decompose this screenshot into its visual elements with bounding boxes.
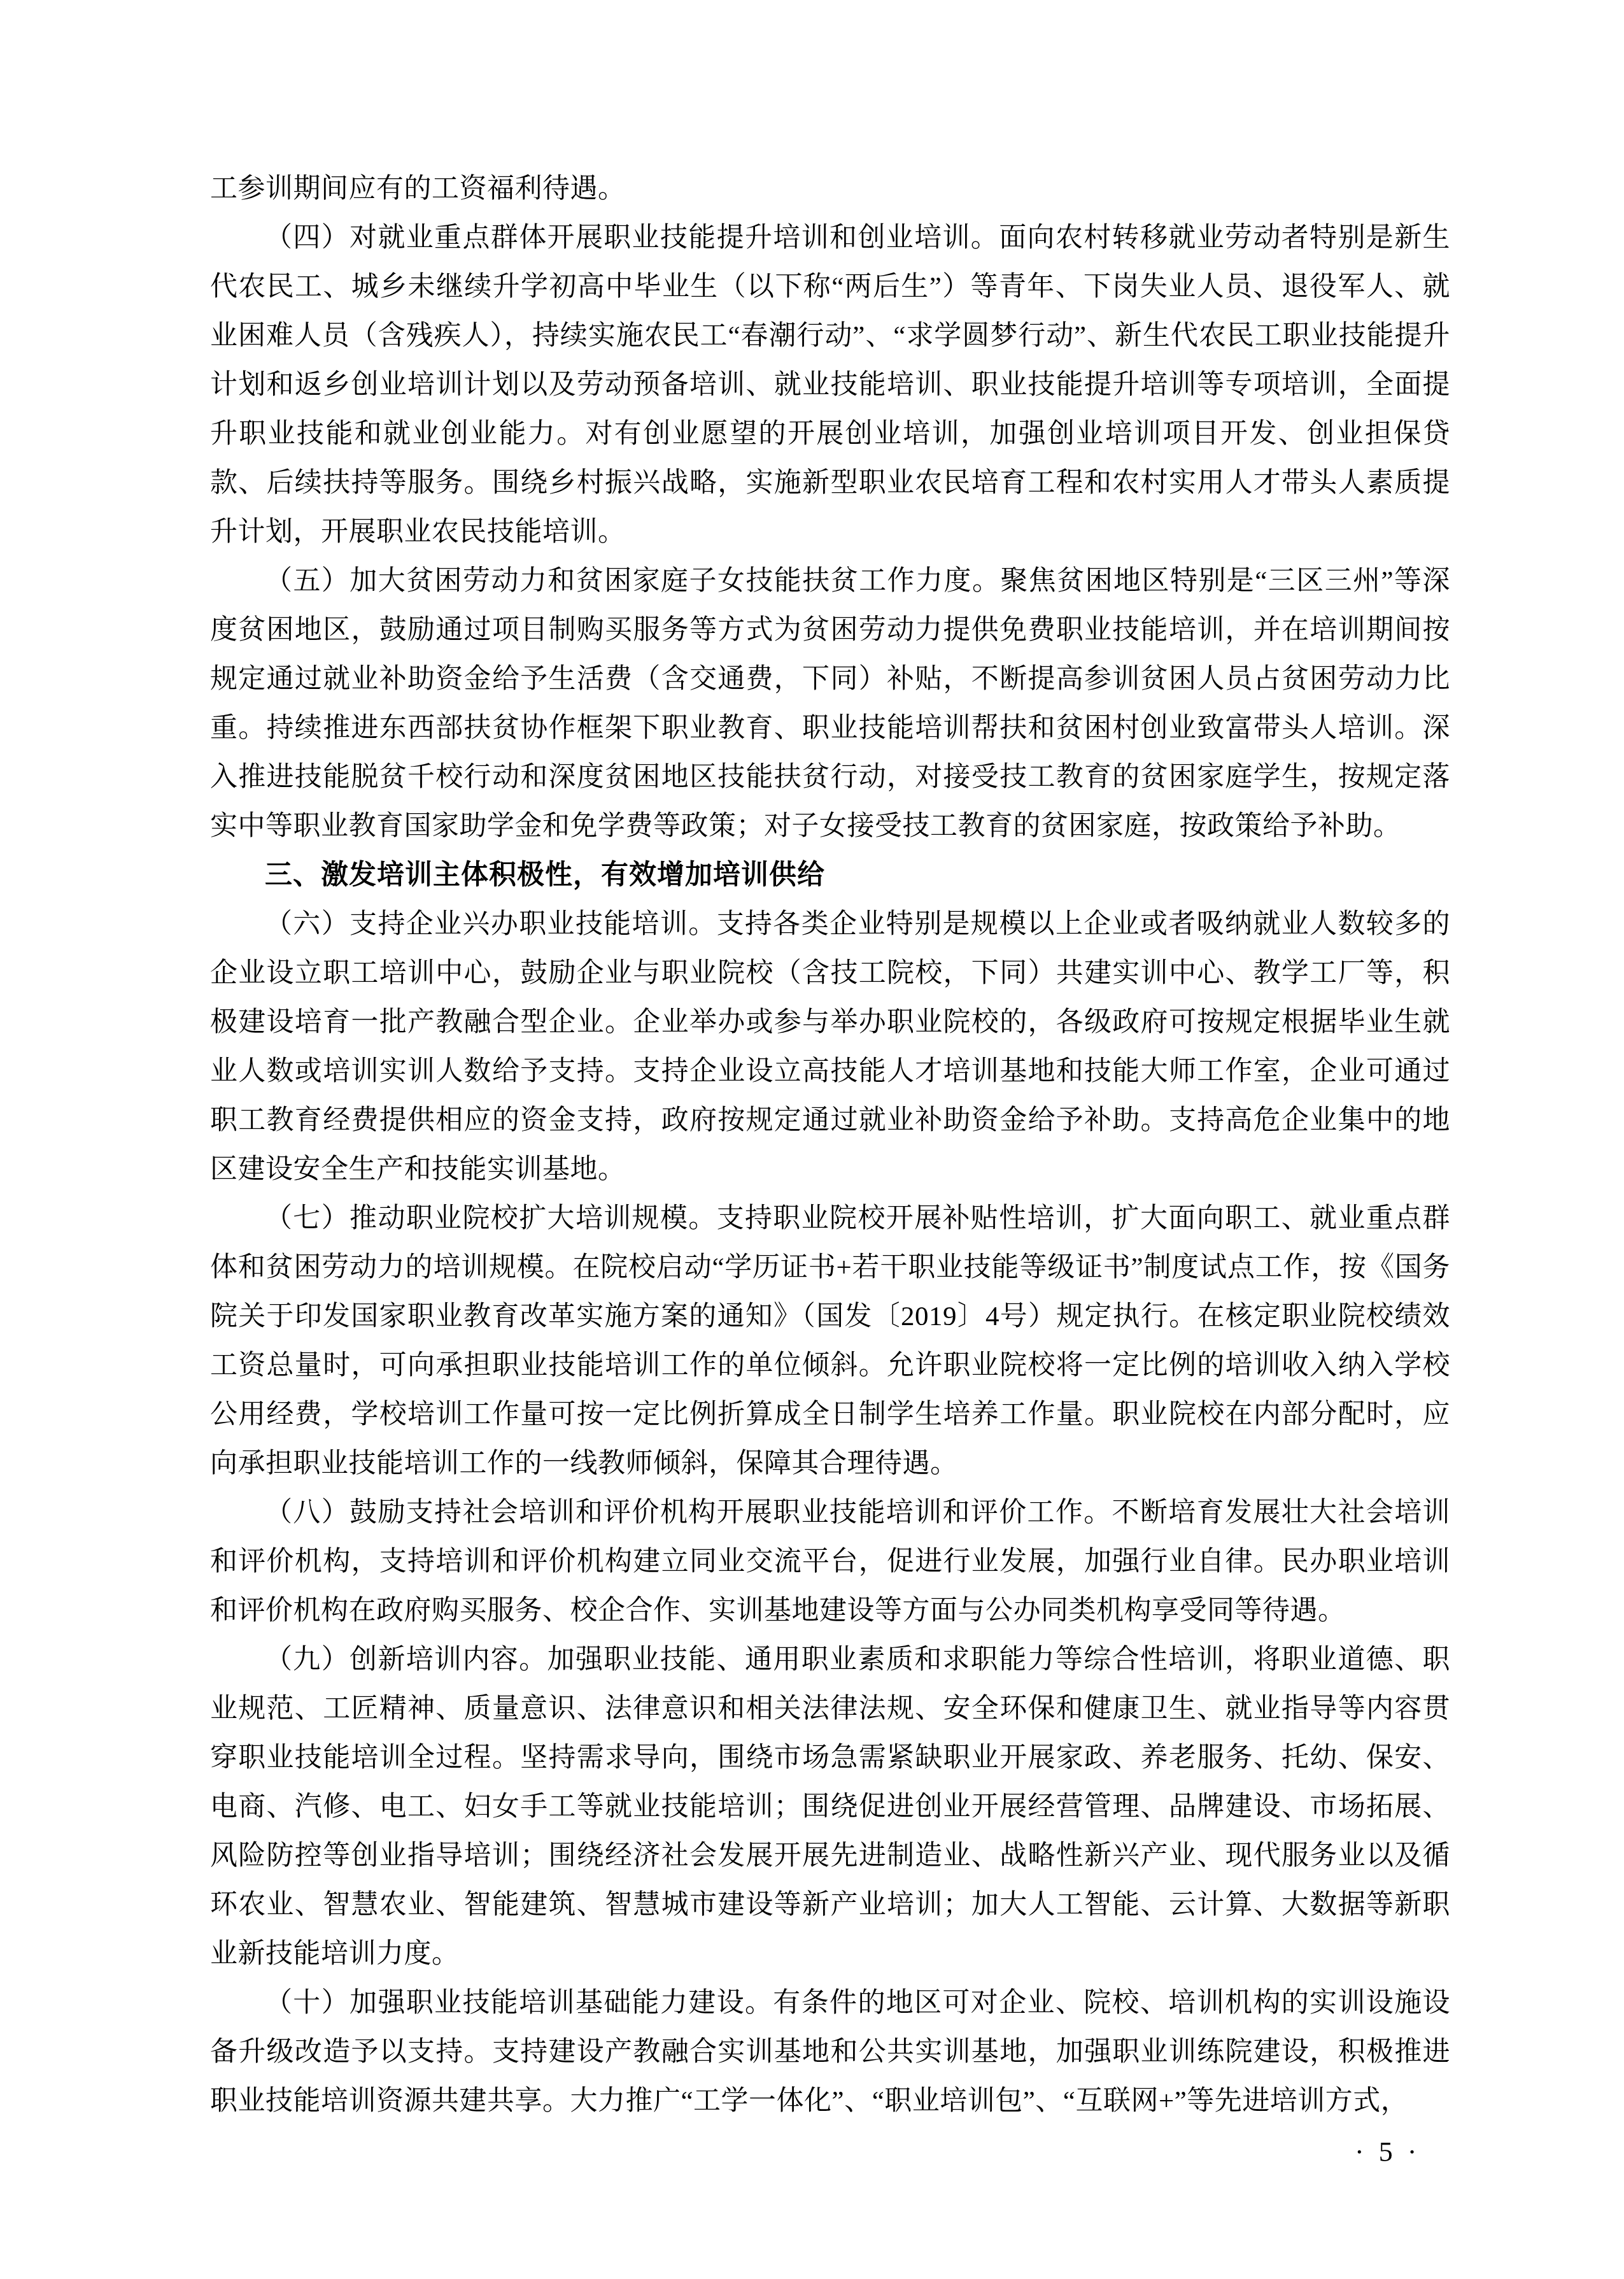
paragraph-item-7: （七）推动职业院校扩大培训规模。支持职业院校开展补贴性培训，扩大面向职工、就业重… [210,1194,1450,1488]
paragraph-item-10: （十）加强职业技能培训基础能力建设。有条件的地区可对企业、院校、培训机构的实训设… [210,1978,1450,2126]
paragraph-item-4: （四）对就业重点群体开展职业技能提升培训和创业培训。面向农村转移就业劳动者特别是… [210,213,1450,557]
paragraph-item-5: （五）加大贫困劳动力和贫困家庭子女技能扶贫工作力度。聚焦贫困地区特别是“三区三州… [210,557,1450,851]
paragraph-item-8: （八）鼓励支持社会培训和评价机构开展职业技能培训和评价工作。不断培育发展壮大社会… [210,1488,1450,1635]
document-page: 工参训期间应有的工资福利待遇。 （四）对就业重点群体开展职业技能提升培训和创业培… [0,0,1624,2279]
section-heading: 三、激发培训主体积极性，有效增加培训供给 [210,851,1450,900]
paragraph-item-9: （九）创新培训内容。加强职业技能、通用职业素质和求职能力等综合性培训，将职业道德… [210,1635,1450,1978]
paragraph-continuation: 工参训期间应有的工资福利待遇。 [210,164,1450,213]
page-number: · 5 · [1355,2134,1420,2170]
document-body: 工参训期间应有的工资福利待遇。 （四）对就业重点群体开展职业技能提升培训和创业培… [210,164,1450,2126]
paragraph-item-6: （六）支持企业兴办职业技能培训。支持各类企业特别是规模以上企业或者吸纳就业人数较… [210,900,1450,1194]
